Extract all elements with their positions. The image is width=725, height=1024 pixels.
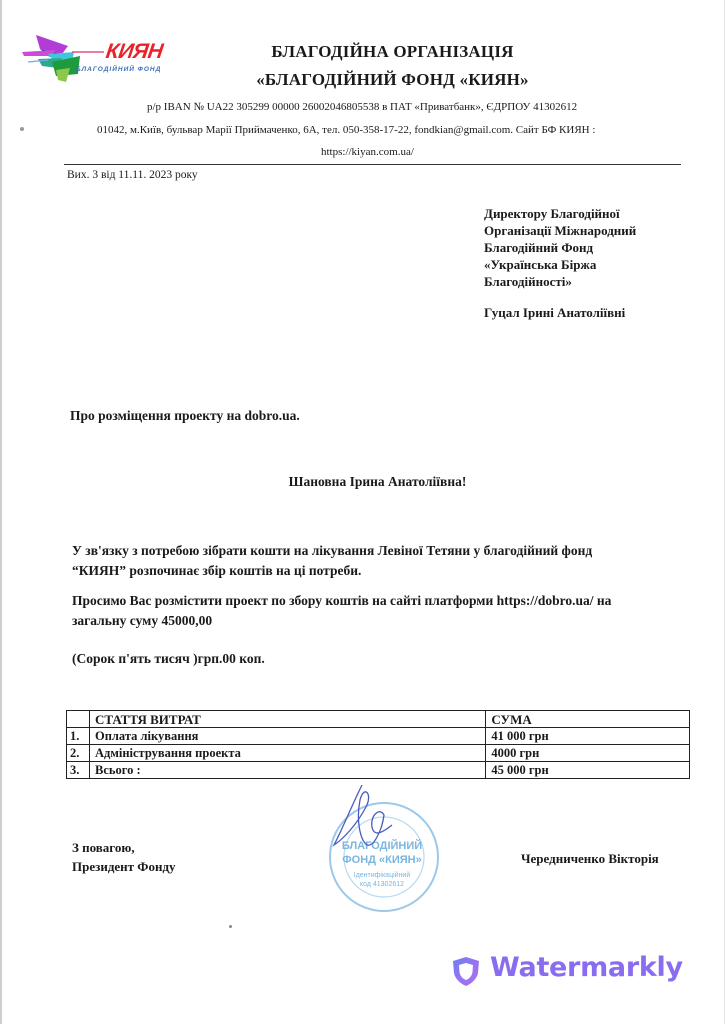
header-sum: СУМА xyxy=(486,711,690,728)
closing-block: З повагою, Президент Фонду xyxy=(72,838,176,876)
body-line: У зв'язку з потребою зібрати кошти на лі… xyxy=(72,541,672,561)
row-sum: 4000 грн xyxy=(486,745,690,762)
row-num: 1. xyxy=(67,728,90,745)
addressee-line: Благодійності» xyxy=(484,273,636,290)
addressee-name: Гуцал Ірині Анатоліївні xyxy=(484,305,625,321)
scan-speck xyxy=(229,925,232,928)
org-title-line2: «БЛАГОДІЙНИЙ ФОНД «КИЯН» xyxy=(30,70,725,90)
addressee-line: Організації Міжнародний xyxy=(484,222,636,239)
official-stamp: БЛАГОДІЙНИЙ ФОНД «КИЯН» Ідентифікаційний… xyxy=(312,785,452,915)
row-item: Всього : xyxy=(89,762,485,779)
body-line: “КИЯН” розпочинає збір коштів на ці потр… xyxy=(72,561,672,581)
outgoing-reference: Вих. 3 від 11.11. 2023 року xyxy=(67,169,198,181)
closing-regards: З повагою, xyxy=(72,838,176,857)
letter-subject: Про розміщення проекту на dobro.ua. xyxy=(70,408,300,424)
signature-icon xyxy=(312,785,452,915)
body-line: загальну суму 45000,00 xyxy=(72,611,672,631)
body-line: Просимо Вас розмістити проект по збору к… xyxy=(72,591,672,611)
row-sum: 41 000 грн xyxy=(486,728,690,745)
row-num: 3. xyxy=(67,762,90,779)
body-paragraph-1: У зв'язку з потребою зібрати кошти на лі… xyxy=(72,541,672,581)
addressee-line: Благодійний Фонд xyxy=(484,239,636,256)
amount-in-words: (Сорок п'ять тисяч )грп.00 коп. xyxy=(72,649,672,669)
shield-icon xyxy=(450,955,482,987)
addressee-line: «Українська Біржа xyxy=(484,256,636,273)
body-paragraph-2: Просимо Вас розмістити проект по збору к… xyxy=(72,591,672,631)
table-row: 3. Всього : 45 000 грн xyxy=(67,762,690,779)
row-item: Адміністрування проекта xyxy=(89,745,485,762)
greeting: Шановна Ірина Анатоліївна! xyxy=(0,474,725,490)
row-sum: 45 000 грн xyxy=(486,762,690,779)
addressee-block: Директору Благодійної Організації Міжнар… xyxy=(484,205,636,290)
addressee-line: Директору Благодійної xyxy=(484,205,636,222)
org-title-line1: БЛАГОДІЙНА ОРГАНІЗАЦІЯ xyxy=(30,42,725,62)
signer-name: Чередниченко Вікторія xyxy=(521,851,659,867)
expenses-table: СТАТТЯ ВИТРАТ СУМА 1. Оплата лікування 4… xyxy=(66,710,690,779)
bank-details: р/р IBAN № UA22 305299 00000 26002046805… xyxy=(147,101,577,113)
row-num: 2. xyxy=(67,745,90,762)
table-row: 1. Оплата лікування 41 000 грн xyxy=(67,728,690,745)
row-item: Оплата лікування xyxy=(89,728,485,745)
header-divider xyxy=(64,164,681,165)
header-num xyxy=(67,711,90,728)
website-link[interactable]: https://kiyan.com.ua/ xyxy=(321,146,414,158)
table-header-row: СТАТТЯ ВИТРАТ СУМА xyxy=(67,711,690,728)
scan-speck xyxy=(20,127,24,131)
header-item: СТАТТЯ ВИТРАТ xyxy=(89,711,485,728)
closing-position: Президент Фонду xyxy=(72,857,176,876)
watermark-text: Watermarkly xyxy=(490,952,683,983)
table-row: 2. Адміністрування проекта 4000 грн xyxy=(67,745,690,762)
address-details: 01042, м.Київ, бульвар Марії Приймаченко… xyxy=(97,124,595,136)
